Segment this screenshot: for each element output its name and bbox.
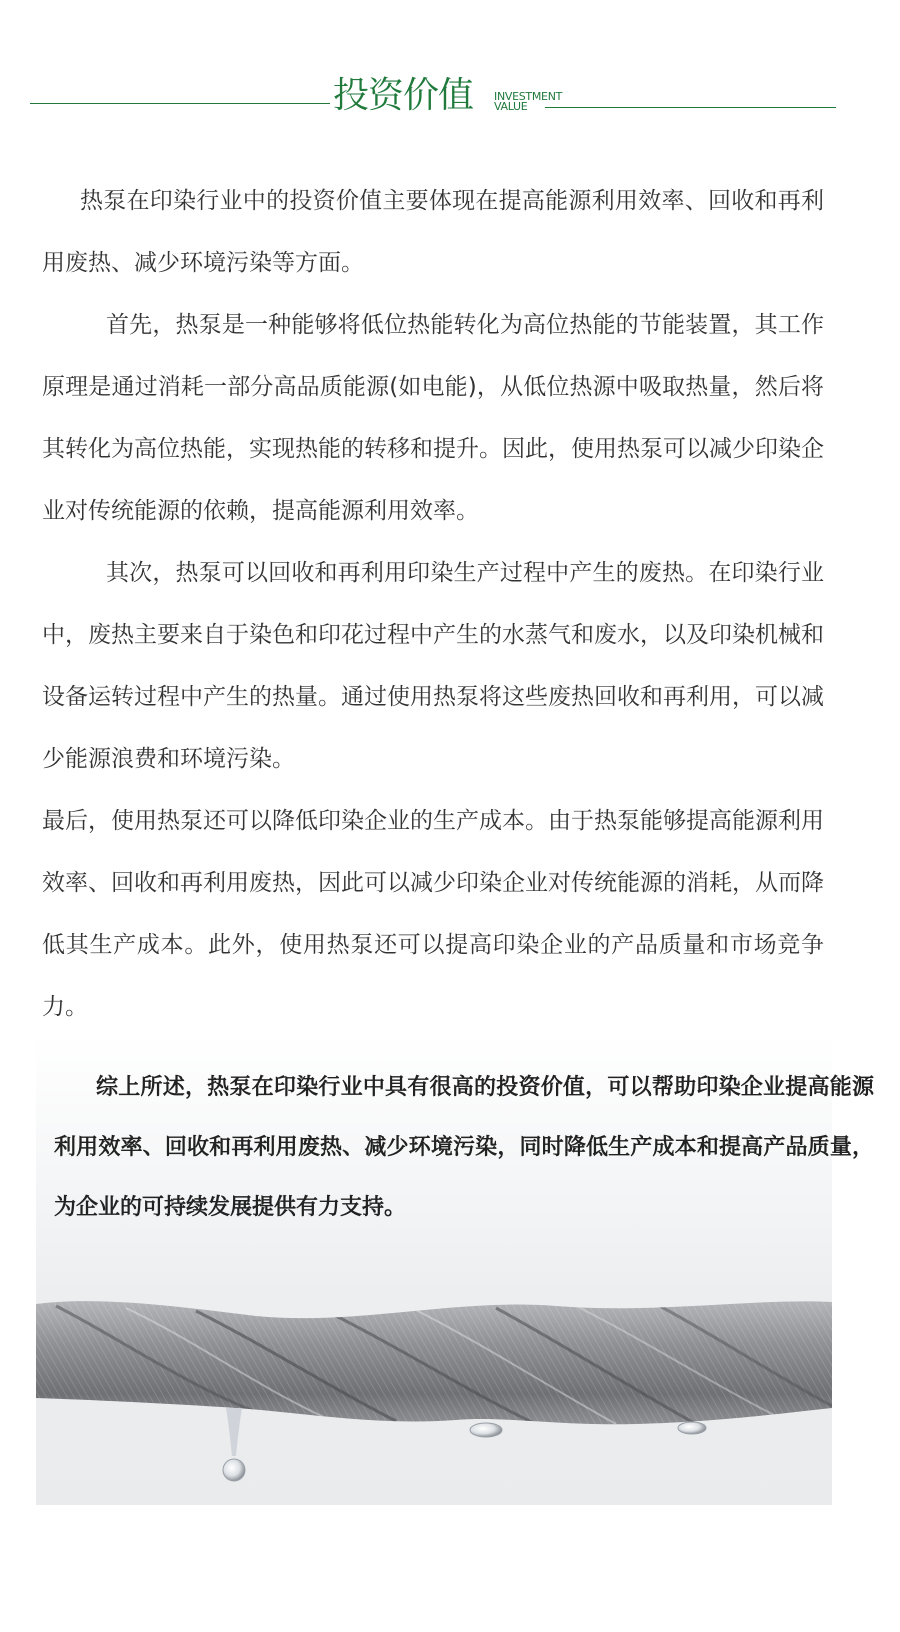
water-droplet-icon [678,1422,706,1434]
paragraph-second: 其次，热泵可以回收和再利用印染生产过程中产生的废热。在印染行业中，废热主要来自于… [42,542,824,790]
paragraph-intro: 热泵在印染行业中的投资价值主要体现在提高能源利用效率、回收和再利用废热、减少环境… [42,170,824,294]
heading-divider-right [545,107,836,108]
water-droplet-icon [223,1408,245,1481]
paragraph-first: 首先，热泵是一种能够将低位热能转化为高位热能的节能装置，其工作原理是通过消耗一部… [42,294,824,542]
rope-icon [36,1296,832,1436]
section-heading: 投资价值 INVESTMENT VALUE [0,70,900,130]
summary-text: 综上所述，热泵在印染行业中具有很高的投资价值，可以帮助印染企业提高能源利用效率、… [54,1058,874,1238]
water-droplet-icon [470,1423,502,1437]
section-subtitle: INVESTMENT VALUE [494,92,562,112]
paragraph-finally: 最后，使用热泵还可以降低印染企业的生产成本。由于热泵能够提高能源利用效率、回收和… [42,790,824,1038]
summary-block: 综上所述，热泵在印染行业中具有很高的投资价值，可以帮助印染企业提高能源利用效率、… [54,1058,874,1238]
rope-with-droplets-image [36,1296,832,1496]
section-title: 投资价值 [333,74,473,118]
heading-divider-left [30,103,330,104]
article-body: 热泵在印染行业中的投资价值主要体现在提高能源利用效率、回收和再利用废热、减少环境… [42,170,824,1038]
